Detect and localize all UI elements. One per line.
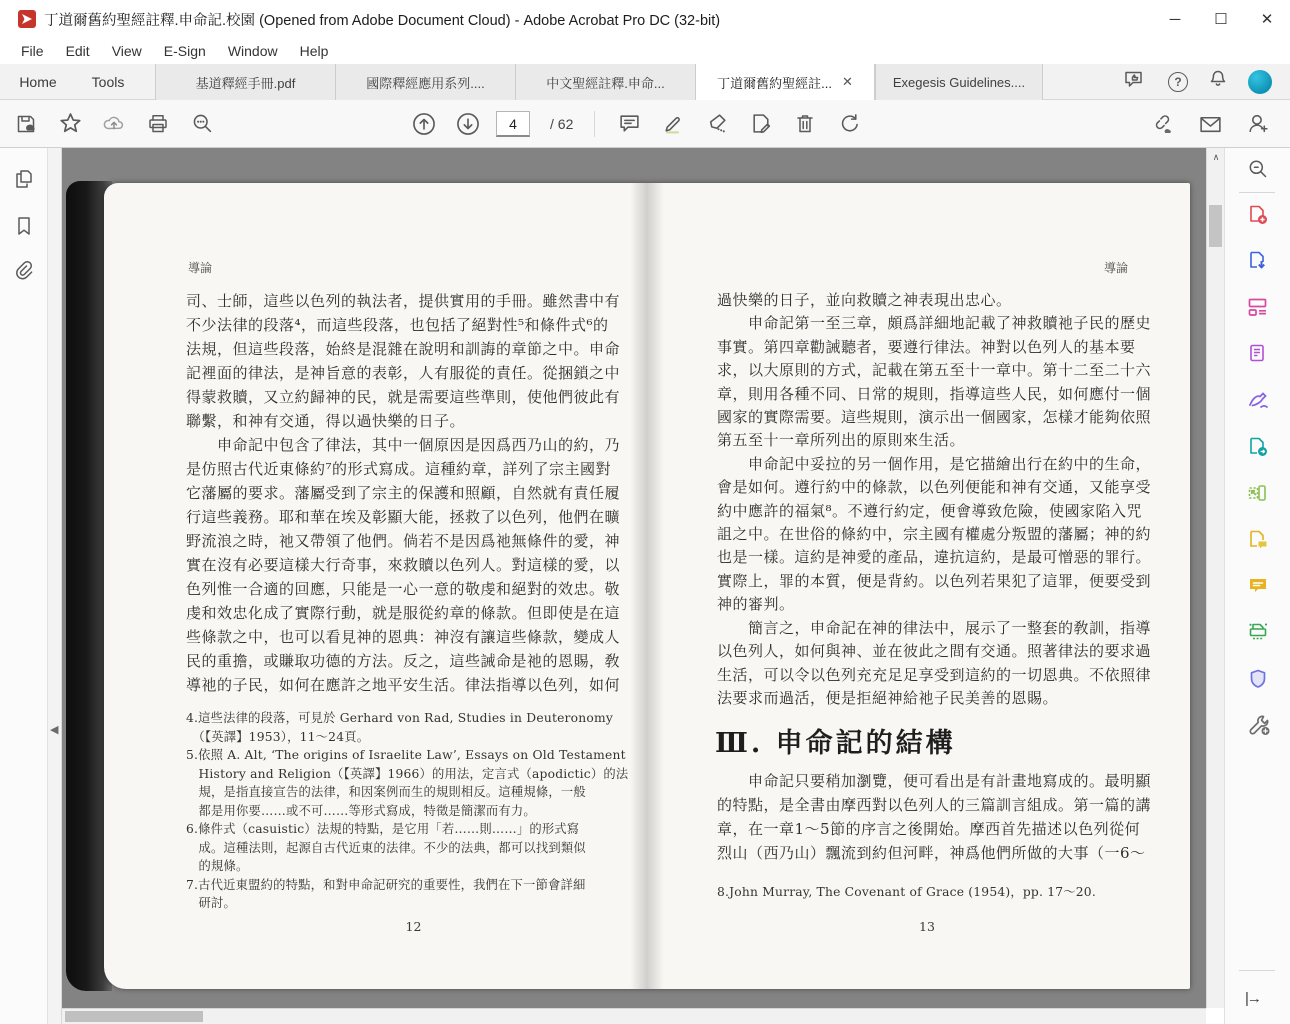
email-icon[interactable] [1194, 108, 1226, 140]
book-pages: 導論 司、士師，這些以色列的執法者，提供實用的手冊。雖然書中有不少法律的段落⁴，… [104, 183, 1190, 989]
menu-edit[interactable]: Edit [55, 40, 101, 62]
doc-tab-1[interactable]: 基道釋經手冊.pdf [155, 64, 335, 100]
bookmarks-icon[interactable] [13, 215, 35, 237]
menu-esign[interactable]: E-Sign [153, 40, 217, 62]
protect-icon[interactable] [1247, 668, 1269, 690]
doc-tab-4-active[interactable]: 丁道爾舊約聖經註... ✕ [695, 64, 875, 100]
page-number-input[interactable]: 4 [496, 111, 530, 137]
right-running-header: 導論 [1104, 259, 1128, 276]
toolbar-divider [594, 111, 595, 137]
minimize-button[interactable]: ─ [1152, 0, 1198, 38]
comment-icon[interactable] [613, 108, 645, 140]
attachments-icon[interactable] [13, 260, 35, 282]
tab-close-icon[interactable]: ✕ [842, 74, 853, 90]
sticky-comment-icon[interactable] [1247, 575, 1269, 597]
fill-sign-icon[interactable] [745, 108, 777, 140]
acrobat-window: 丁道爾舊約聖經註釋.申命記.校園 (Opened from Adobe Docu… [0, 0, 1290, 1024]
add-user-icon[interactable] [1242, 108, 1274, 140]
export-pdf-icon[interactable] [1247, 250, 1269, 272]
print-icon[interactable] [142, 108, 174, 140]
tools-divider [1239, 192, 1275, 193]
doc-tab-5[interactable]: Exegesis Guidelines.... [875, 64, 1043, 100]
rail-bottom-divider [1239, 970, 1275, 971]
tools-rail: |→ [1224, 148, 1290, 1024]
search-document-icon[interactable] [1247, 158, 1269, 180]
menu-help[interactable]: Help [289, 40, 340, 62]
left-page-number: 12 [186, 919, 641, 934]
right-page-number: 13 [717, 919, 1137, 934]
share-cloud-icon[interactable] [98, 108, 130, 140]
title-bar: 丁道爾舊約聖經註釋.申命記.校園 (Opened from Adobe Docu… [0, 0, 1290, 38]
section-heading: Ⅲ. 申命記的結構 [715, 721, 956, 760]
tab-home[interactable]: Home [4, 64, 72, 100]
save-icon[interactable] [10, 108, 42, 140]
delete-trash-icon[interactable] [789, 108, 821, 140]
left-page-body: 司、士師，這些以色列的執法者，提供實用的手冊。雖然書中有不少法律的段落⁴，而這些… [186, 289, 646, 697]
organize-pages-icon[interactable] [1247, 296, 1269, 318]
vertical-scroll-thumb[interactable] [1209, 205, 1222, 247]
doc-tab-3[interactable]: 中文聖經註釋.申命... [515, 64, 695, 100]
main-toolbar: 4 / 62 [0, 100, 1290, 148]
acrobat-app-icon [18, 10, 36, 28]
tab-bar: Home Tools 基道釋經手冊.pdf 國際釋經應用系列.... 中文聖經註… [0, 64, 1290, 100]
horizontal-scrollbar[interactable] [62, 1008, 1206, 1024]
next-page-icon[interactable] [452, 108, 484, 140]
share-link-icon[interactable] [1146, 108, 1178, 140]
tab-tools[interactable]: Tools [76, 64, 140, 100]
book-spread: 導論 司、士師，這些以色列的執法者，提供實用的手冊。雖然書中有不少法律的段落⁴，… [66, 181, 1190, 991]
menu-window[interactable]: Window [217, 40, 289, 62]
star-favorite-icon[interactable] [54, 108, 86, 140]
doc-tab-4-label: 丁道爾舊約聖經註... [717, 73, 832, 92]
left-pane-splitter[interactable]: ◀ [48, 148, 62, 1024]
search-icon[interactable] [186, 108, 218, 140]
review-file-icon[interactable] [1247, 529, 1269, 551]
horizontal-scroll-thumb[interactable] [65, 1011, 203, 1022]
notification-bell-icon[interactable] [1208, 69, 1228, 95]
highlight-icon[interactable] [657, 108, 689, 140]
doc-tab-2[interactable]: 國際釋經應用系列.... [335, 64, 515, 100]
menu-view[interactable]: View [101, 40, 153, 62]
send-file-icon[interactable] [1247, 436, 1269, 458]
left-panel-rail [0, 148, 48, 1024]
menu-bar: File Edit View E-Sign Window Help [0, 38, 1290, 64]
sign-pen-icon[interactable] [701, 108, 733, 140]
maximize-button[interactable]: ☐ [1198, 0, 1244, 38]
left-page-footnotes: 4.這些法律的段落，可見於 Gerhard von Rad, Studies i… [186, 709, 656, 913]
collapse-left-pane-icon[interactable]: ◀ [50, 723, 58, 736]
open-tools-pane-icon[interactable]: |→ [1245, 990, 1260, 1007]
help-icon[interactable]: ? [1168, 72, 1188, 92]
feedback-icon[interactable] [1124, 69, 1148, 96]
page-thumbnails-icon[interactable] [13, 168, 35, 190]
scroll-up-icon[interactable]: ∧ [1207, 148, 1225, 166]
document-viewport[interactable]: 導論 司、士師，這些以色列的執法者，提供實用的手冊。雖然書中有不少法律的段落⁴，… [62, 148, 1206, 1008]
page-count-label: / 62 [550, 116, 573, 132]
right-page-footnote: 8.John Murray, The Covenant of Grace (19… [717, 883, 1172, 902]
scan-ocr-icon[interactable] [1247, 621, 1269, 643]
window-title: 丁道爾舊約聖經註釋.申命記.校園 (Opened from Adobe Docu… [44, 9, 720, 30]
more-tools-icon[interactable] [1247, 714, 1269, 736]
close-button[interactable]: ✕ [1244, 0, 1290, 38]
edit-pdf-icon[interactable] [1247, 343, 1269, 365]
left-running-header: 導論 [188, 259, 212, 276]
menu-file[interactable]: File [10, 40, 55, 62]
create-pdf-icon[interactable] [1247, 204, 1269, 226]
rotate-icon[interactable] [833, 108, 865, 140]
previous-page-icon[interactable] [408, 108, 440, 140]
right-page-body: 過快樂的日子，並向救贖之神表現出忠心。 申命記第一至三章，頗爲詳細地記載了神救贖… [717, 289, 1172, 710]
account-avatar[interactable] [1248, 70, 1272, 94]
crop-pages-icon[interactable] [1247, 482, 1269, 504]
vertical-scrollbar[interactable]: ∧ [1206, 148, 1224, 1008]
right-page-section-body: 申命記只要稍加瀏覽，便可看出是有計畫地寫成的。最明顯的特點，是全書由摩西對以色列… [717, 769, 1172, 865]
fill-and-sign-icon[interactable] [1247, 389, 1269, 411]
